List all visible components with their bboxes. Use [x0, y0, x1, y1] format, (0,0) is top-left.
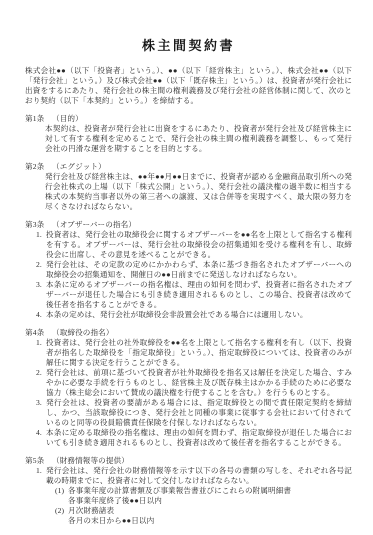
preamble-paragraph: 株式会社●●（以下「投資者」という。）、●●（以下「経営株主」という。）、株式会… — [25, 66, 352, 106]
article-5-subitem-2: (2) 月次財務諸表 — [55, 506, 352, 516]
article-2-body: 発行会社及び経営株主は、●●年●●月●●日までに、投資者が認める金融商品取引所へ… — [45, 172, 352, 212]
article-5: 第5条 （財務情報等の提供） 1. 発行会社は、発行会社の財務情報等を示す以下の… — [25, 456, 352, 526]
article-3-item-4: 4. 本条の定めは、発行会社が取締役会非設置会社である場合には適用しない。 — [36, 310, 352, 320]
article-1-title: （目的） — [52, 114, 83, 124]
item-number: 4. — [36, 310, 46, 320]
item-number: 3. — [36, 280, 46, 310]
item-number: 3. — [36, 398, 46, 428]
article-3-item-1: 1. 投資者は、発行会社の取締役会に関するオブザーバーを●●名を上限として指名す… — [36, 230, 352, 260]
item-number: 2. — [36, 368, 46, 398]
article-2: 第2条 （エグジット） 発行会社及び経営株主は、●●年●●月●●日までに、投資者… — [25, 162, 352, 212]
article-4-item-4: 4. 本条に定める取締役の指名権は、理由の如何を問わず、指定取締役が退任した場合… — [36, 428, 352, 448]
item-number: 4. — [36, 428, 46, 448]
article-1-body: 本契約は、投資者が発行会社に出資をするにあたり、投資者が発行会社及び経営株主に対… — [45, 124, 352, 154]
document-title: 株主間契約書 — [25, 38, 352, 53]
article-4-number: 第4条 — [25, 328, 48, 338]
subitem-1-deadline: 各事業年度終了後●●日以内 — [68, 496, 352, 506]
article-5-subitem-1: (1) 各事業年度の計算書類及び事業報告書並びにこれらの附属明細書 — [55, 486, 352, 496]
article-5-number: 第5条 — [25, 456, 48, 466]
article-4-item-2: 2. 発行会社は、前項に基づいて投資者が社外取締役を指名又は解任を決定した場合、… — [36, 368, 352, 398]
item-text: 投資者は、発行会社の取締役会に関するオブザーバーを●●名を上限として指名する権利… — [46, 230, 352, 260]
item-number: 1. — [36, 466, 46, 486]
item-number: 1. — [36, 230, 46, 260]
article-4: 第4条 （取締役の指名） 1. 投資者は、発行会社の社外取締役を●●名を上限とし… — [25, 328, 352, 448]
article-5-item-1: 1. 発行会社は、発行会社の財務情報等を示す以下の各号の書類の写しを、それぞれ各… — [36, 466, 352, 486]
article-2-title: （エグジット） — [52, 162, 106, 172]
article-5-heading-row: 第5条 （財務情報等の提供） — [25, 456, 352, 466]
item-text: 発行会社は、投資者の要請がある場合には、指定取締役との間で責任限定契約を締結し、… — [46, 398, 352, 428]
article-4-item-3: 3. 発行会社は、投資者の要請がある場合には、指定取締役との間で責任限定契約を締… — [36, 398, 352, 428]
article-2-heading-row: 第2条 （エグジット） — [25, 162, 352, 172]
article-3: 第3条 （オブザーバーの指名） 1. 投資者は、発行会社の取締役会に関するオブザ… — [25, 220, 352, 320]
article-2-number: 第2条 — [25, 162, 48, 172]
item-text: 発行会社は、その定款の定めにかかわらず、本条に基づき指名されたオブザーバーへの取… — [46, 260, 352, 280]
item-text: 本条の定めは、発行会社が取締役会非設置会社である場合には適用しない。 — [46, 310, 352, 320]
article-1-number: 第1条 — [25, 114, 48, 124]
article-4-heading-row: 第4条 （取締役の指名） — [25, 328, 352, 338]
article-4-item-1: 1. 投資者は、発行会社の社外取締役を●●名を上限として指名する権利を有し（以下… — [36, 338, 352, 368]
subitem-2-deadline: 各月の末日から●●日以内 — [68, 516, 352, 526]
article-3-number: 第3条 — [25, 220, 48, 230]
subitem-text: 各事業年度の計算書類及び事業報告書並びにこれらの附属明細書 — [68, 486, 352, 496]
contract-page: 株主間契約書 株式会社●●（以下「投資者」という。）、●●（以下「経営株主」とい… — [0, 0, 373, 535]
subitem-number: (2) — [55, 506, 68, 516]
item-number: 1. — [36, 338, 46, 368]
article-1: 第1条 （目的） 本契約は、投資者が発行会社に出資をするにあたり、投資者が発行会… — [25, 114, 352, 154]
subitem-number: (1) — [55, 486, 68, 496]
item-text: 本条に定めるオブザーバーの指名権は、理由の如何を問わず、投資者に指名されたオブザ… — [46, 280, 352, 310]
article-3-item-2: 2. 発行会社は、その定款の定めにかかわらず、本条に基づき指名されたオブザーバー… — [36, 260, 352, 280]
item-text: 発行会社は、発行会社の財務情報等を示す以下の各号の書類の写しを、それぞれ各号記載… — [46, 466, 352, 486]
subitem-text: 月次財務諸表 — [68, 506, 352, 516]
item-number: 2. — [36, 260, 46, 280]
item-text: 投資者は、発行会社の社外取締役を●●名を上限として指名する権利を有し（以下、投資… — [46, 338, 352, 368]
article-3-item-3: 3. 本条に定めるオブザーバーの指名権は、理由の如何を問わず、投資者に指名された… — [36, 280, 352, 310]
article-3-heading-row: 第3条 （オブザーバーの指名） — [25, 220, 352, 230]
article-3-title: （オブザーバーの指名） — [52, 220, 136, 230]
item-text: 発行会社は、前項に基づいて投資者が社外取締役を指名又は解任を決定した場合、すみや… — [46, 368, 352, 398]
item-text: 本条に定める取締役の指名権は、理由の如何を問わず、指定取締役が退任した場合におい… — [46, 428, 352, 448]
article-1-heading-row: 第1条 （目的） — [25, 114, 352, 124]
article-5-title: （財務情報等の提供） — [52, 456, 129, 466]
article-4-title: （取締役の指名） — [52, 328, 114, 338]
